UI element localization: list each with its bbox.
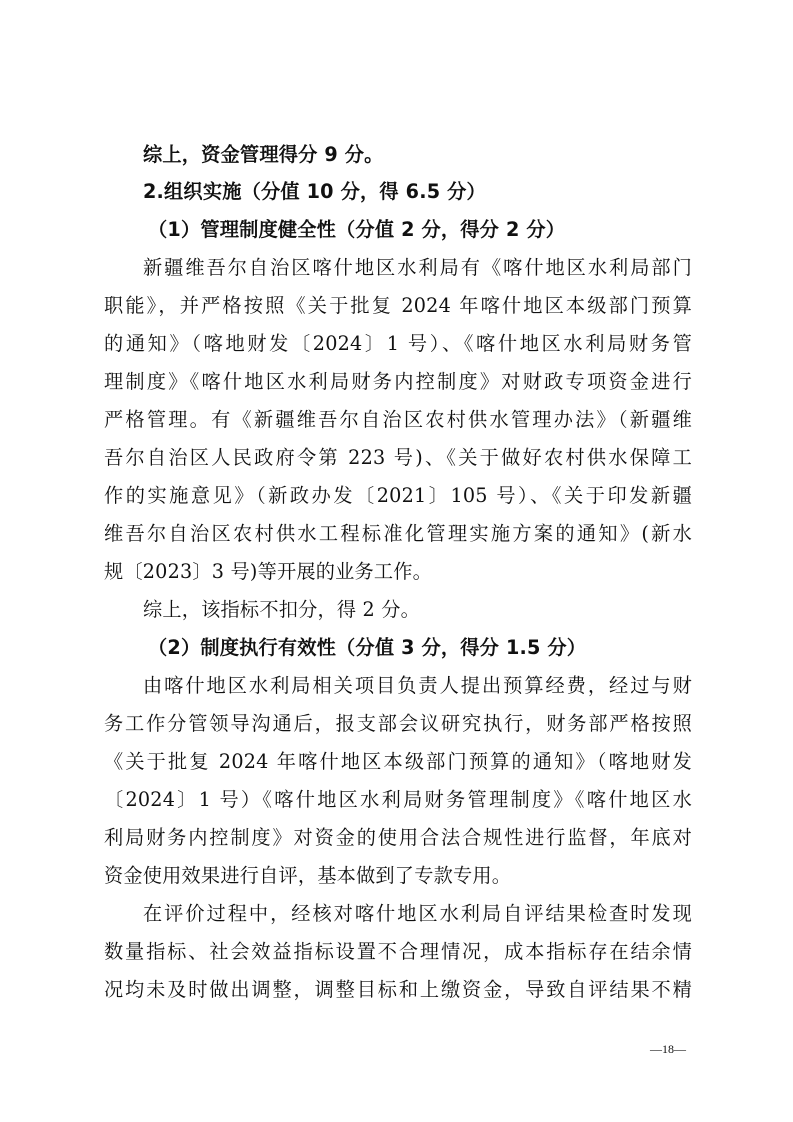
paragraph-line: 《关于批复 2024 年喀什地区本级部门预算的通知》（喀地财发	[104, 750, 692, 774]
paragraph-line: 严格管理。有《新疆维吾尔自治区农村供水管理办法》（新疆维	[104, 408, 692, 432]
summary-indicator-score: 综上，该指标不扣分，得 2 分。	[143, 598, 731, 622]
paragraph-line: 维吾尔自治区农村供水工程标准化管理实施方案的通知》(新水	[104, 522, 692, 546]
document-page: 综上，资金管理得分 9 分。 2.组织实施（分值 10 分，得 6.5 分） （…	[0, 0, 793, 1122]
paragraph-line: 〔2024〕1 号）《喀什地区水利局财务管理制度》《喀什地区水	[104, 788, 692, 812]
paragraph-line: 务工作分管领导沟通后，报支部会议研究执行，财务部严格按照	[104, 712, 692, 736]
paragraph-line: 职能》，并严格按照《关于批复 2024 年喀什地区本级部门预算	[104, 294, 692, 318]
subheading-management-system: （1）管理制度健全性（分值 2 分，得分 2 分）	[148, 218, 736, 242]
paragraph-line: 的通知》（喀地财发〔2024〕1 号）、《喀什地区水利局财务管	[104, 332, 692, 356]
paragraph-line: 规〔2023〕3 号)等开展的业务工作。	[104, 560, 692, 584]
paragraph-line: 由喀什地区水利局相关项目负责人提出预算经费，经过与财	[143, 674, 692, 698]
page-number: —18—	[650, 1042, 686, 1057]
paragraph-line: 新疆维吾尔自治区喀什地区水利局有《喀什地区水利局部门	[143, 256, 692, 280]
section-heading-organization: 2.组织实施（分值 10 分，得 6.5 分）	[143, 180, 731, 204]
paragraph-line: 理制度》《喀什地区水利局财务内控制度》对财政专项资金进行	[104, 370, 692, 394]
paragraph-line: 作的实施意见》（新政办发〔2021〕105 号）、《关于印发新疆	[104, 484, 692, 508]
paragraph-line: 吾尔自治区人民政府令第 223 号)、《关于做好农村供水保障工	[104, 446, 692, 470]
paragraph-line: 利局财务内控制度》对资金的使用合法合规性进行监督，年底对	[104, 826, 692, 850]
paragraph-line: 资金使用效果进行自评，基本做到了专款专用。	[104, 864, 692, 888]
paragraph-line: 在评价过程中，经核对喀什地区水利局自评结果检查时发现	[143, 902, 692, 926]
summary-fund-management: 综上，资金管理得分 9 分。	[143, 143, 731, 167]
subheading-execution-effectiveness: （2）制度执行有效性（分值 3 分，得分 1.5 分）	[148, 636, 736, 660]
paragraph-line: 况均未及时做出调整，调整目标和上缴资金，导致自评结果不精	[104, 978, 692, 1002]
paragraph-line: 数量指标、社会效益指标设置不合理情况，成本指标存在结余情	[104, 940, 692, 964]
